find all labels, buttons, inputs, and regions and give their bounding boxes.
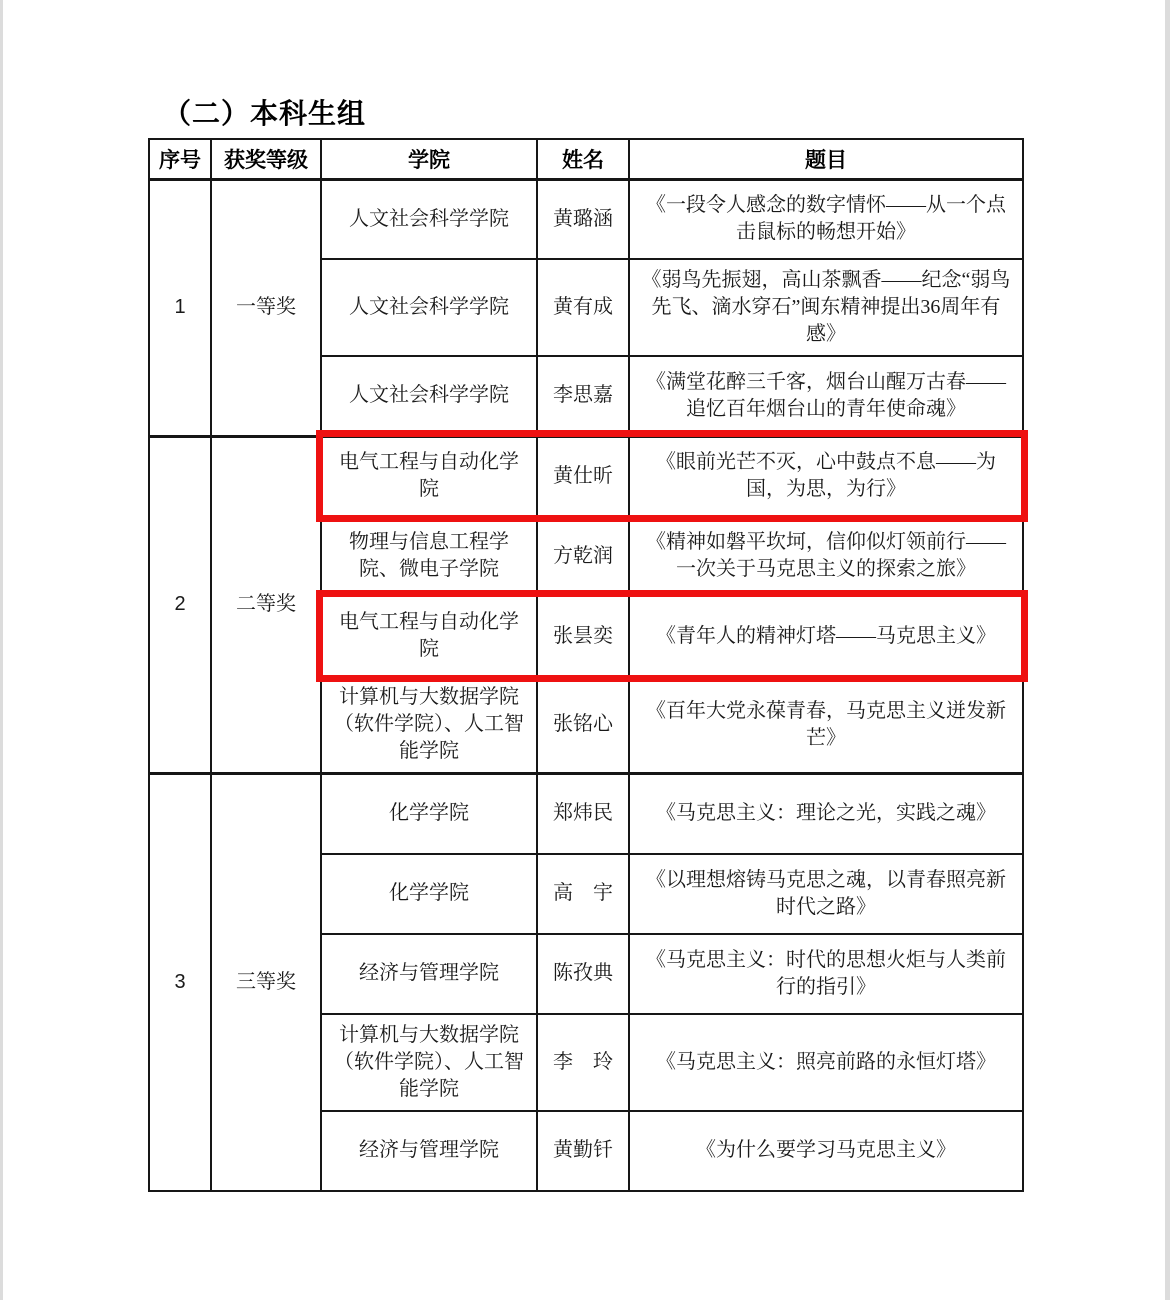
header-cell: 题目 bbox=[629, 139, 1023, 179]
section-heading: （二）本科生组 bbox=[163, 92, 366, 132]
cell-name: 张铭心 bbox=[537, 676, 629, 774]
cell-title: 《精神如磐平坎坷，信仰似灯领前行——一次关于马克思主义的探索之旅》 bbox=[629, 516, 1023, 596]
page-right-edge bbox=[1165, 0, 1170, 1300]
cell-name: 李 玲 bbox=[537, 1014, 629, 1111]
document-page: （二）本科生组 序号获奖等级学院姓名题目 1一等奖人文社会科学学院黄璐涵《一段令… bbox=[0, 0, 1170, 1300]
cell-serial: 1 bbox=[149, 179, 211, 436]
cell-college: 化学学院 bbox=[321, 854, 537, 934]
cell-name: 郑炜民 bbox=[537, 774, 629, 854]
cell-title: 《弱鸟先振翅，高山茶飘香——纪念“弱鸟先飞、滴水穿石”闽东精神提出36周年有感》 bbox=[629, 259, 1023, 356]
cell-title: 《马克思主义：时代的思想火炬与人类前行的指引》 bbox=[629, 934, 1023, 1014]
table-head: 序号获奖等级学院姓名题目 bbox=[149, 139, 1023, 179]
page-left-edge bbox=[0, 0, 3, 1300]
cell-name: 张昙奕 bbox=[537, 596, 629, 676]
cell-name: 黄仕昕 bbox=[537, 436, 629, 516]
cell-serial: 3 bbox=[149, 774, 211, 1191]
header-cell: 获奖等级 bbox=[211, 139, 321, 179]
cell-college: 计算机与大数据学院（软件学院）、人工智能学院 bbox=[321, 676, 537, 774]
cell-title: 《眼前光芒不灭，心中鼓点不息——为国，为思，为行》 bbox=[629, 436, 1023, 516]
cell-serial: 2 bbox=[149, 436, 211, 774]
cell-name: 黄有成 bbox=[537, 259, 629, 356]
cell-award-level: 三等奖 bbox=[211, 774, 321, 1191]
cell-college: 化学学院 bbox=[321, 774, 537, 854]
cell-name: 黄璐涵 bbox=[537, 179, 629, 259]
table-wrapper: 序号获奖等级学院姓名题目 1一等奖人文社会科学学院黄璐涵《一段令人感念的数字情怀… bbox=[148, 138, 1026, 1192]
cell-college: 人文社会科学学院 bbox=[321, 259, 537, 356]
table-row: 3三等奖化学学院郑炜民《马克思主义：理论之光，实践之魂》 bbox=[149, 774, 1023, 854]
award-table: 序号获奖等级学院姓名题目 1一等奖人文社会科学学院黄璐涵《一段令人感念的数字情怀… bbox=[148, 138, 1024, 1192]
table-row: 1一等奖人文社会科学学院黄璐涵《一段令人感念的数字情怀——从一个点击鼠标的畅想开… bbox=[149, 179, 1023, 259]
cell-name: 黄勤钎 bbox=[537, 1111, 629, 1191]
cell-award-level: 二等奖 bbox=[211, 436, 321, 774]
table-body: 1一等奖人文社会科学学院黄璐涵《一段令人感念的数字情怀——从一个点击鼠标的畅想开… bbox=[149, 179, 1023, 1191]
cell-name: 陈孜典 bbox=[537, 934, 629, 1014]
header-cell: 序号 bbox=[149, 139, 211, 179]
cell-title: 《马克思主义：理论之光，实践之魂》 bbox=[629, 774, 1023, 854]
cell-college: 经济与管理学院 bbox=[321, 934, 537, 1014]
cell-title: 《一段令人感念的数字情怀——从一个点击鼠标的畅想开始》 bbox=[629, 179, 1023, 259]
cell-title: 《以理想熔铸马克思之魂，以青春照亮新时代之路》 bbox=[629, 854, 1023, 934]
cell-college: 经济与管理学院 bbox=[321, 1111, 537, 1191]
header-row: 序号获奖等级学院姓名题目 bbox=[149, 139, 1023, 179]
cell-college: 人文社会科学学院 bbox=[321, 356, 537, 436]
table-row: 2二等奖电气工程与自动化学院黄仕昕《眼前光芒不灭，心中鼓点不息——为国，为思，为… bbox=[149, 436, 1023, 516]
cell-award-level: 一等奖 bbox=[211, 179, 321, 436]
cell-name: 李思嘉 bbox=[537, 356, 629, 436]
cell-college: 物理与信息工程学院、微电子学院 bbox=[321, 516, 537, 596]
cell-college: 电气工程与自动化学院 bbox=[321, 436, 537, 516]
cell-title: 《为什么要学习马克思主义》 bbox=[629, 1111, 1023, 1191]
header-cell: 学院 bbox=[321, 139, 537, 179]
header-cell: 姓名 bbox=[537, 139, 629, 179]
cell-college: 电气工程与自动化学院 bbox=[321, 596, 537, 676]
cell-title: 《马克思主义：照亮前路的永恒灯塔》 bbox=[629, 1014, 1023, 1111]
cell-title: 《百年大党永葆青春，马克思主义迸发新芒》 bbox=[629, 676, 1023, 774]
cell-name: 方乾润 bbox=[537, 516, 629, 596]
cell-title: 《青年人的精神灯塔——马克思主义》 bbox=[629, 596, 1023, 676]
cell-name: 高 宇 bbox=[537, 854, 629, 934]
cell-college: 计算机与大数据学院（软件学院）、人工智能学院 bbox=[321, 1014, 537, 1111]
cell-college: 人文社会科学学院 bbox=[321, 179, 537, 259]
cell-title: 《满堂花醉三千客，烟台山醒万古春——追忆百年烟台山的青年使命魂》 bbox=[629, 356, 1023, 436]
